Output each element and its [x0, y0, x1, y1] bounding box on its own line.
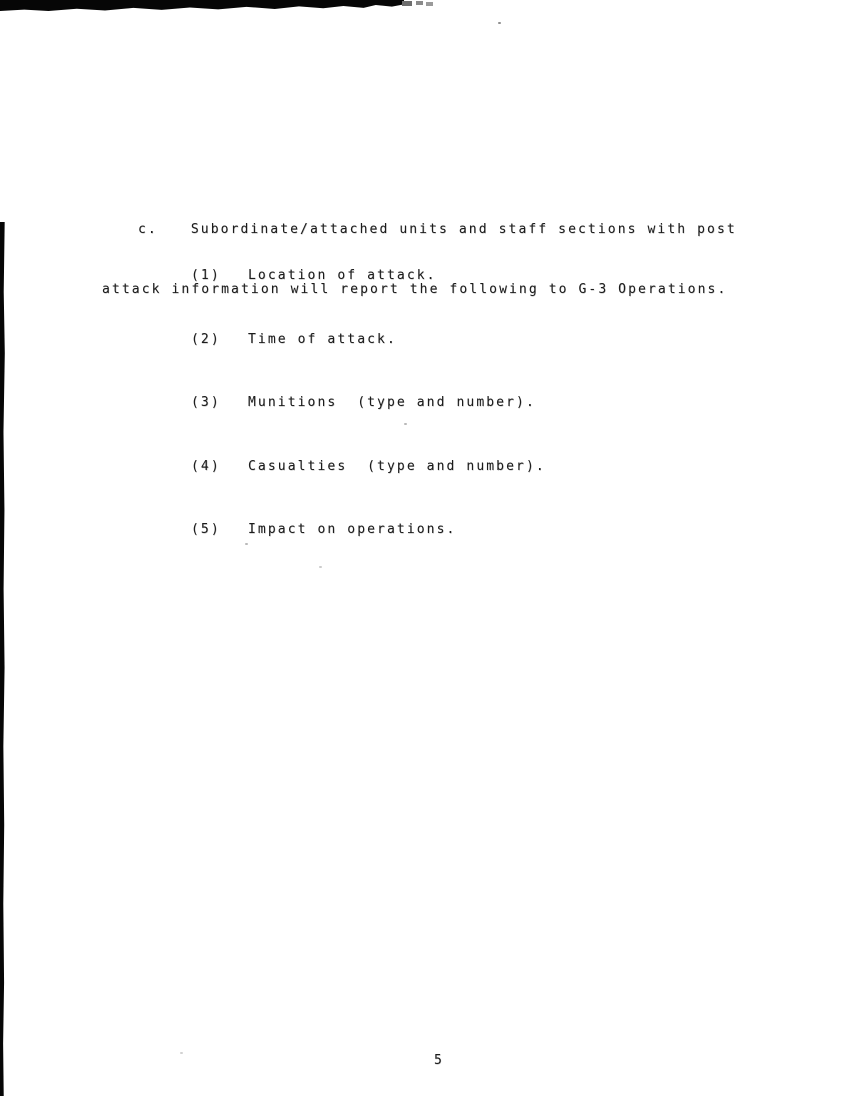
- document-page: c.Subordinate/attached units and staff s…: [0, 0, 850, 1101]
- scan-artifact-top-dash: [402, 1, 412, 6]
- scan-artifact-top-dash: [416, 1, 423, 5]
- list-item: (4) Casualties (type and number).: [191, 457, 546, 477]
- scan-artifact-left-edge: [0, 222, 6, 1096]
- list-item-text: Impact on operations.: [248, 520, 456, 540]
- report-items-list: (1) Location of attack. (2) Time of atta…: [191, 236, 546, 584]
- list-item-number: (4): [191, 457, 248, 477]
- list-item-text: Time of attack.: [248, 330, 397, 350]
- scan-speck: [498, 22, 501, 24]
- scan-artifact-top-dash: [426, 2, 433, 6]
- list-item-number: (2): [191, 330, 248, 350]
- list-item: (1) Location of attack.: [191, 266, 546, 286]
- scan-speck: [180, 1052, 183, 1054]
- list-item: (3) Munitions (type and number).: [191, 393, 546, 413]
- clause-label: c.: [138, 220, 158, 240]
- list-item: (2) Time of attack.: [191, 330, 546, 350]
- list-item-text: Location of attack.: [248, 266, 437, 286]
- list-item: (5) Impact on operations.: [191, 520, 546, 540]
- clause-text-line-1: Subordinate/attached units and staff sec…: [191, 222, 737, 237]
- list-item-number: (3): [191, 393, 248, 413]
- list-item-number: (5): [191, 520, 248, 540]
- scan-artifact-top-edge: [0, 0, 404, 11]
- list-item-text: Munitions (type and number).: [248, 393, 536, 413]
- list-item-number: (1): [191, 266, 248, 286]
- page-number: 5: [434, 1051, 444, 1071]
- list-item-text: Casualties (type and number).: [248, 457, 546, 477]
